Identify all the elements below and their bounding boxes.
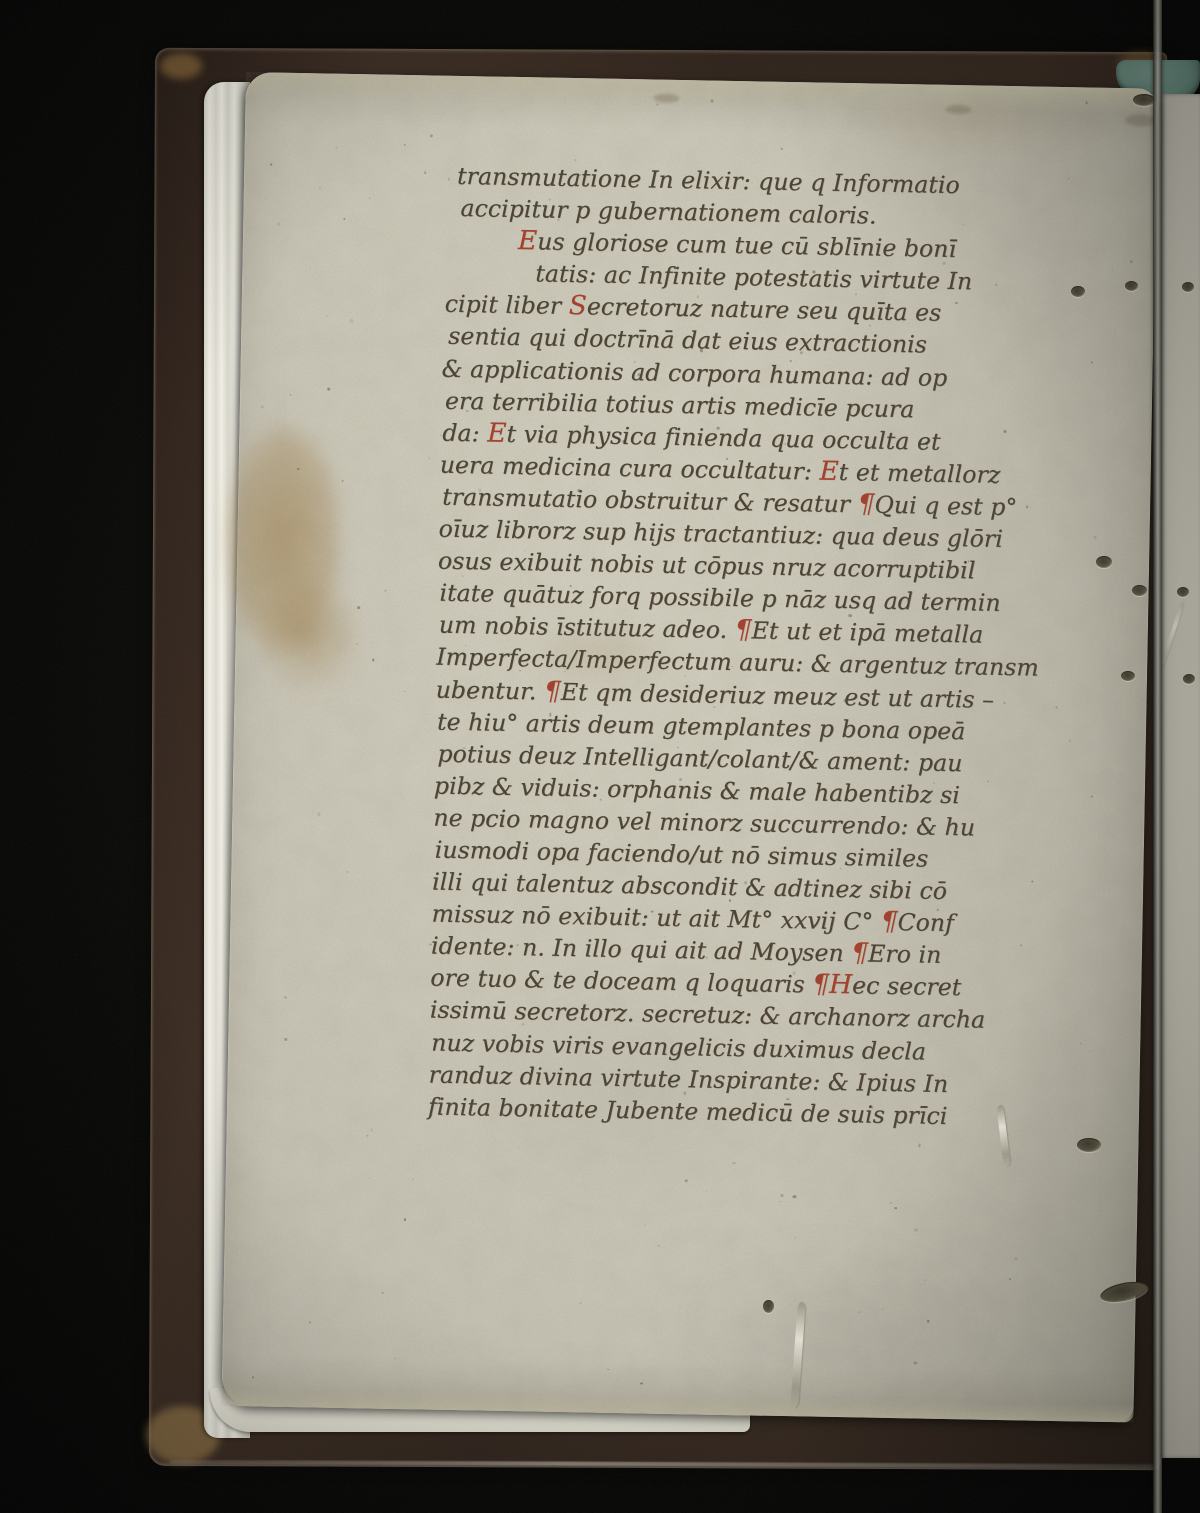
vignette — [0, 0, 1200, 1513]
manuscript-photo: transmutatione In elixir: que q Informat… — [0, 0, 1200, 1513]
